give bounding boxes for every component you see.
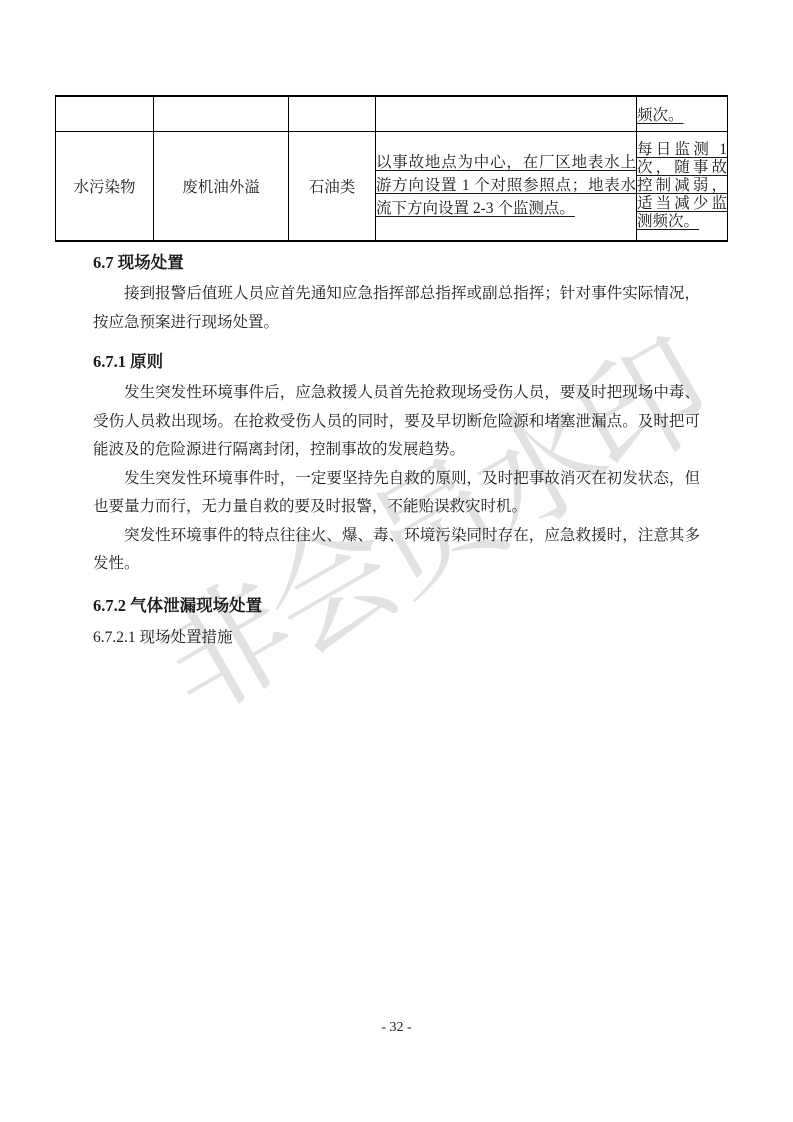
table-cell-incident: 废机油外溢 — [154, 131, 289, 241]
paragraph-6-7-1-b: 发生突发性环境事件时，一定要坚持先自救的原则，及时把事故消灭在初发状态，但也要量… — [93, 465, 700, 522]
table-cell-monitoring-points: 以事故地点为中心，在厂区地表水上游方向设置 1 个对照参照点；地表水流下方向设置… — [376, 131, 637, 241]
paragraph-6-7: 接到报警后值班人员应首先通知应急指挥部总指挥或副总指挥；针对事件实际情况，按应急… — [93, 280, 700, 337]
monitoring-table: 频次。 水污染物 废机油外溢 石油类 以事故地点为中心，在厂区地表水上游方向设置… — [55, 95, 728, 242]
section-heading-6-7: 6.7 现场处置 — [93, 252, 700, 274]
table-cell-pollutant-type: 水污染物 — [56, 131, 154, 241]
table-cell-empty — [154, 96, 289, 131]
page-number: - 32 - — [0, 1020, 793, 1036]
document-page: 非会员水印 频次。 水污染物 废机油外溢 石油类 以事故地点为中心，在厂区地表水… — [0, 0, 793, 1122]
paragraph-6-7-1-c: 突发性环境事件的特点往往火、爆、毒、环境污染同时存在，应急救援时，注意其多发性。 — [93, 522, 700, 579]
content-area: 6.7 现场处置 接到报警后值班人员应首先通知应急指挥部总指挥或副总指挥；针对事… — [93, 240, 700, 649]
table-cell-factor: 石油类 — [289, 131, 376, 241]
table-cell-empty — [376, 96, 637, 131]
section-heading-6-7-1: 6.7.1 原则 — [93, 351, 700, 373]
table-row-continuation: 频次。 — [56, 96, 728, 131]
table-row-water-pollutant: 水污染物 废机油外溢 石油类 以事故地点为中心，在厂区地表水上游方向设置 1 个… — [56, 131, 728, 241]
table-cell-frequency-continuation: 频次。 — [637, 96, 728, 131]
section-heading-6-7-2: 6.7.2 气体泄漏现场处置 — [93, 595, 700, 617]
table-cell-empty — [289, 96, 376, 131]
table-cell-empty — [56, 96, 154, 131]
table-cell-frequency: 每日监测 1 次，随事故控制减弱，适当减少监测频次。 — [637, 131, 728, 241]
paragraph-6-7-1-a: 发生突发性环境事件后，应急救援人员首先抢救现场受伤人员，要及时把现场中毒、受伤人… — [93, 379, 700, 465]
section-heading-6-7-2-1: 6.7.2.1 现场处置措施 — [93, 627, 700, 649]
